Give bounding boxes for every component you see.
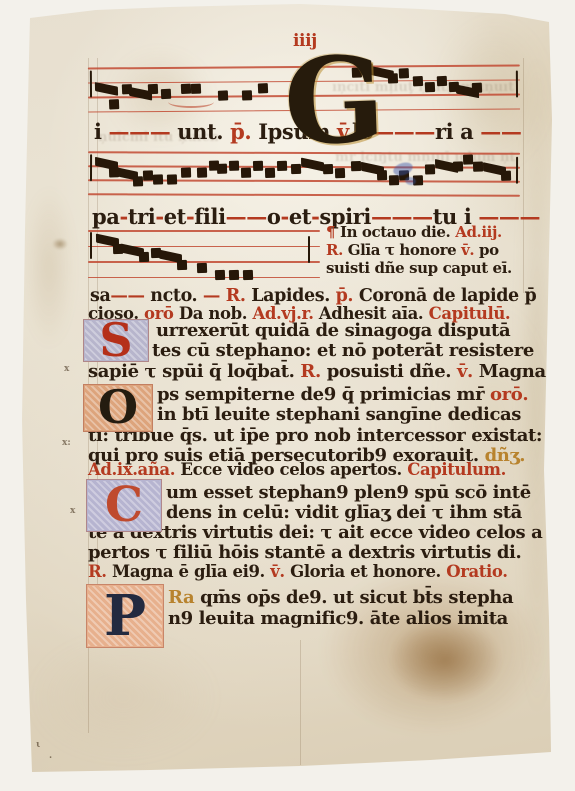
neume-punctum	[453, 161, 463, 171]
text-segment: -	[120, 204, 128, 229]
margin-mark-4: ι	[36, 740, 40, 750]
text-segment: ——	[480, 119, 521, 144]
oratio1-line3: ti: tribue q̄s. ut ip̄e pro nob interces…	[88, 427, 542, 445]
initial-S: S	[99, 320, 132, 361]
initial-C-box: C	[86, 479, 162, 532]
text-segment: Ad.iij.	[455, 223, 502, 241]
neume-punctum	[133, 176, 143, 186]
neume-punctum	[473, 161, 483, 171]
neume-punctum	[253, 160, 263, 170]
text-segment: Ecce video celos apertos.	[180, 460, 407, 479]
neume-punctum	[181, 167, 191, 177]
neume-punctum	[377, 170, 387, 180]
neume-punctum	[139, 252, 149, 262]
text-segment: pertos τ filiū hōis stantē a dextris vir…	[88, 542, 521, 563]
initial-O: O	[98, 387, 138, 428]
neume-punctum	[191, 83, 201, 93]
text-segment: Glīa τ honore	[348, 241, 461, 259]
cap2-line1: um esset stephan9 plen9 spū scō intē	[166, 484, 531, 502]
neume-punctum	[181, 83, 191, 93]
neume-punctum	[197, 167, 207, 177]
neume-punctum	[437, 76, 447, 86]
text-segment: -	[155, 204, 163, 229]
text-segment: p̄.	[336, 286, 354, 306]
stave-line	[88, 193, 520, 196]
neume-punctum	[153, 174, 163, 184]
neume-punctum	[389, 175, 399, 185]
stain-bottom-right-core	[388, 618, 503, 703]
text-segment: ——	[226, 204, 267, 229]
text-segment: Magna ē glīa ei9.	[112, 562, 270, 581]
neume-punctum	[265, 168, 275, 178]
text-segment: et	[164, 204, 186, 229]
text-segment: sa	[90, 286, 110, 306]
neume-punctum	[501, 170, 511, 180]
neume-punctum	[218, 90, 228, 100]
text-segment: i	[94, 119, 109, 144]
text-segment: posuisti dñe.	[321, 361, 457, 382]
neume-punctum	[109, 99, 119, 109]
stave-line	[88, 277, 320, 279]
neume-ligature	[95, 82, 118, 96]
line-magna: R. Magna ē glīa ei9. v̄. Gloria et honor…	[88, 564, 508, 581]
neume-punctum	[463, 154, 473, 164]
text-segment: In octauo die.	[340, 223, 455, 241]
rubric-right-2: R. Glīa τ honore v̄. po	[326, 243, 499, 258]
stave-line	[88, 230, 320, 232]
text-segment: v̄.	[457, 361, 473, 382]
text-segment: o	[267, 204, 281, 229]
initial-P: P	[104, 591, 146, 641]
text-segment: Ra	[168, 587, 194, 608]
stain-left-edge	[24, 185, 74, 350]
text-segment: p̄.	[230, 119, 251, 144]
cap2-line2: dens in celū: vidit glīaʒ dei τ ihm stā	[166, 504, 522, 522]
text-segment: suisti dñe sup caput eī.	[326, 259, 512, 277]
text-segment: orō.	[490, 384, 528, 405]
initial-C: C	[105, 484, 143, 527]
stave-3	[88, 230, 320, 287]
neume-punctum	[197, 263, 207, 273]
text-segment: v̄.	[270, 562, 290, 581]
stain-bottom-left-shade	[28, 635, 218, 760]
text-segment: Gloria et honore.	[290, 562, 446, 581]
neume-punctum	[143, 171, 153, 181]
cap1-line3: sapiē τ spūi q̄ loq̄bat̄. R. posuisti dñ…	[88, 363, 569, 381]
oratio2-line2: n9 leuita magnific9. āte alios imita	[168, 610, 508, 628]
text-segment: Oratio.	[446, 562, 507, 581]
rubric-right-1: ¶ In octauo die. Ad.iij.	[326, 225, 502, 240]
line-adix: Ad.ix.aña. Ecce video celos apertos. Cap…	[88, 462, 506, 479]
photograph-backdrop: iiij ıņcıtı mļıuţ ņcītļum ıņuıt ıņcıtı m…	[0, 0, 575, 791]
oratio2-line1: Ra qm̄s op̄s de9. ut sicut bt̄s stepha	[168, 589, 513, 607]
text-segment: Capitulum.	[407, 460, 506, 479]
neume-punctum	[177, 259, 187, 269]
text-segment: —	[203, 286, 226, 306]
neume-punctum	[217, 164, 227, 174]
line-sancto: sa—— ncto. — R. Lapides. p̄. Coronā de l…	[90, 288, 536, 306]
neume-barline	[308, 236, 310, 263]
neume-punctum	[472, 83, 482, 93]
margin-mark-3: x	[70, 506, 75, 516]
leaf: iiij ıņcıtı mļıuţ ņcītļum ıņuıt ıņcıtı m…	[0, 0, 575, 791]
text-segment: urrexerūt quidā de sinagoga disputā	[156, 320, 510, 341]
text-segment: ps sempiterne de9 q̄ primicias mr̄	[157, 384, 490, 405]
text-segment: ———	[109, 119, 171, 144]
text-segment: R.	[88, 562, 112, 581]
neume-punctum	[161, 89, 171, 99]
text-segment: dens in celū: vidit glīaʒ dei τ ihm stā	[166, 502, 522, 523]
oratio1-line2: in btī leuite stephani sangīne dedicas	[157, 406, 521, 424]
text-segment: unt.	[170, 119, 230, 144]
rubric-right-3: suisti dñe sup caput eī.	[326, 261, 512, 276]
text-segment: ——	[110, 286, 144, 306]
neume-punctum	[425, 81, 435, 91]
neume-punctum	[243, 270, 253, 280]
text-segment: ¶	[326, 223, 340, 241]
neume-punctum	[229, 270, 239, 280]
text-segment: et	[289, 204, 311, 229]
margin-mark-1: x	[64, 364, 69, 374]
initial-G-cadel: G	[282, 52, 386, 150]
red-squiggle	[168, 96, 214, 108]
ruling-line-4	[300, 640, 301, 765]
text-segment: ncto.	[145, 286, 203, 306]
text-segment: v̄.	[461, 241, 479, 259]
text-segment: pa	[92, 204, 120, 229]
text-segment: -	[280, 204, 288, 229]
neume-punctum	[215, 270, 225, 280]
text-segment: ti: tribue q̄s. ut ip̄e pro nob interces…	[88, 425, 542, 446]
initial-O-box: O	[83, 384, 153, 432]
margin-mark-5: .	[49, 751, 52, 761]
cap2-line4: pertos τ filiū hōis stantē a dextris vir…	[88, 544, 521, 562]
neume-punctum	[399, 69, 409, 79]
neume-punctum	[413, 76, 423, 86]
text-segment: n9 leuita magnific9. āte alios imita	[168, 608, 508, 629]
neume-punctum	[388, 73, 398, 83]
neume-punctum	[258, 83, 268, 93]
neume-punctum	[148, 83, 158, 93]
neume-barline	[90, 71, 93, 98]
neume-punctum	[242, 90, 252, 100]
neume-punctum	[167, 174, 177, 184]
neume-punctum	[241, 167, 251, 177]
neume-barline	[516, 70, 519, 97]
stain-left-dot	[52, 238, 68, 250]
initial-P-box: P	[86, 584, 164, 648]
text-segment: tri	[128, 204, 156, 229]
text-segment: in btī leuite stephani sangīne dedicas	[157, 404, 521, 425]
text-segment: R.	[226, 286, 246, 306]
margin-mark-2: x:	[62, 438, 71, 448]
text-segment: Magna ē.	[473, 361, 569, 382]
neume-punctum	[229, 160, 239, 170]
text-segment: Lapides.	[246, 286, 336, 306]
cap1-line2: tes cū stephano: et nō poterāt resistere	[152, 342, 534, 360]
neume-barline	[516, 157, 518, 184]
text-segment: um esset stephan9 plen9 spū scō intē	[166, 482, 531, 503]
neume-barline	[90, 154, 92, 181]
text-segment: Coronā de lapide p̄	[353, 286, 536, 306]
text-segment: po	[479, 241, 499, 259]
text-segment: fili	[194, 204, 225, 229]
text-segment: R.	[300, 361, 320, 382]
cap1-line1: urrexerūt quidā de sinagoga disputā	[156, 322, 510, 340]
text-segment: R.	[326, 241, 348, 259]
ruling-line-3	[523, 58, 524, 293]
oratio1-line1: ps sempiterne de9 q̄ primicias mr̄ orō.	[157, 386, 528, 404]
text-segment: qm̄s op̄s de9. ut sicut bt̄s stepha	[194, 587, 513, 608]
text-segment: ri a	[435, 119, 480, 144]
initial-S-box: S	[83, 319, 149, 362]
text-segment: tes cū stephano: et nō poterāt resistere	[152, 340, 534, 361]
neume-punctum	[425, 165, 435, 175]
